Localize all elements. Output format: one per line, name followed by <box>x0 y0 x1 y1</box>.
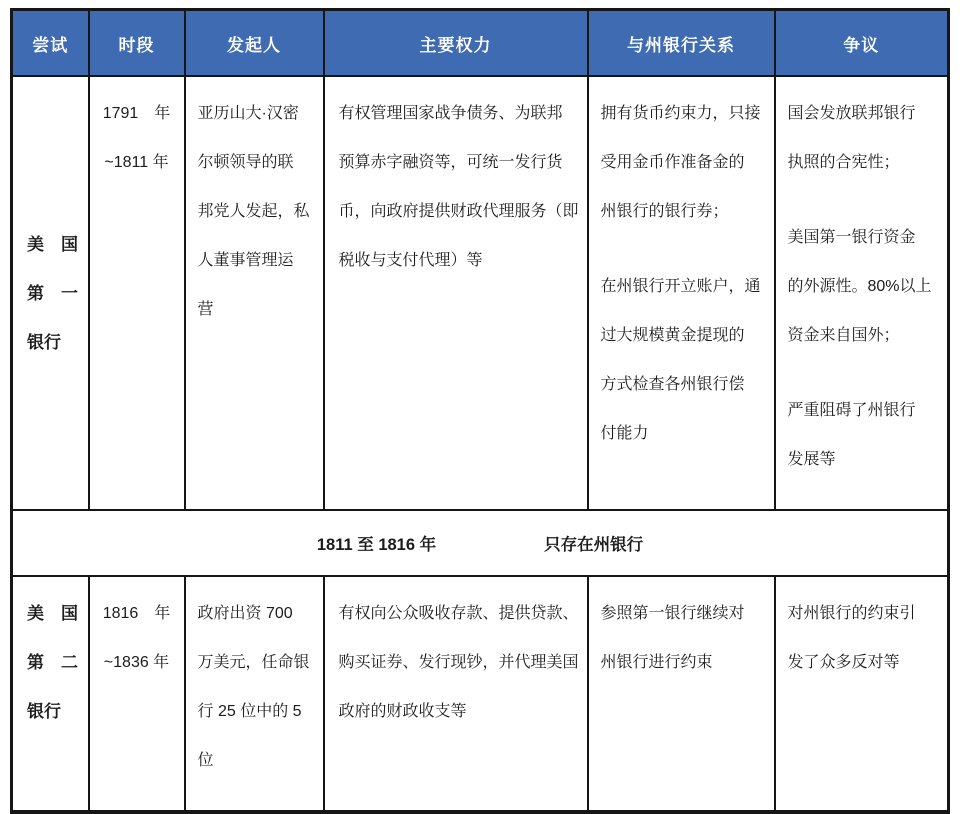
interlude-note: 只存在州银行 <box>544 531 643 555</box>
second-bank-name-cell: 美 国 第 二 银行 <box>12 576 89 812</box>
column-header-state-relation: 与州银行关系 <box>588 10 775 77</box>
second-bank-initiator-cell: 政府出资 700 万美元，任命银 行 25 位中的 5 位 <box>185 576 324 812</box>
column-header-attempt: 尝试 <box>12 10 89 77</box>
first-bank-initiator-cell: 亚历山大·汉密 尔顿领导的联 邦党人发起，私 人董事管理运 营 <box>185 76 324 510</box>
interlude-line: 1811 至 1816 年 只存在州银行 <box>14 531 946 555</box>
first-bank-state-relation-cell: 拥有货币约束力，只接 受用金币作准备金的 州银行的银行券；在州银行开立账户，通 … <box>588 76 775 510</box>
header-row: 尝试 时段 发起人 主要权力 与州银行关系 争议 <box>12 10 949 77</box>
first-bank-period-cell: 1791 年 ~1811 年 <box>89 76 185 510</box>
second-bank-period-cell: 1816 年 ~1836 年 <box>89 576 185 812</box>
second-bank-controversy-cell: 对州银行的约束引 发了众多反对等 <box>775 576 949 812</box>
first-bank-row: 美 国 第 一 银行 1791 年 ~1811 年 亚历山大·汉密 尔顿领导的联… <box>12 76 949 510</box>
column-header-controversy: 争议 <box>775 10 949 77</box>
column-header-initiator: 发起人 <box>185 10 324 77</box>
bank-comparison-table: 尝试 时段 发起人 主要权力 与州银行关系 争议 美 国 第 一 银行 1791… <box>10 8 950 814</box>
interlude-row: 1811 至 1816 年 只存在州银行 <box>12 510 949 576</box>
second-bank-powers-cell: 有权向公众吸收存款、提供贷款、 购买证券、发行现钞，并代理美国 政府的财政收支等 <box>324 576 588 812</box>
first-bank-name-cell: 美 国 第 一 银行 <box>12 76 89 510</box>
interlude-period: 1811 至 1816 年 <box>317 531 436 555</box>
interlude-cell: 1811 至 1816 年 只存在州银行 <box>12 510 949 576</box>
second-bank-row: 美 国 第 二 银行 1816 年 ~1836 年 政府出资 700 万美元，任… <box>12 576 949 812</box>
first-bank-controversy-cell: 国会发放联邦银行 执照的合宪性；美国第一银行资金 的外源性。80%以上 资金来自… <box>775 76 949 510</box>
bank-comparison-table-wrap: 尝试 时段 发起人 主要权力 与州银行关系 争议 美 国 第 一 银行 1791… <box>10 8 950 814</box>
first-bank-powers-cell: 有权管理国家战争债务、为联邦 预算赤字融资等，可统一发行货 币，向政府提供财政代… <box>324 76 588 510</box>
column-header-powers: 主要权力 <box>324 10 588 77</box>
second-bank-state-relation-cell: 参照第一银行继续对 州银行进行约束 <box>588 576 775 812</box>
column-header-period: 时段 <box>89 10 185 77</box>
